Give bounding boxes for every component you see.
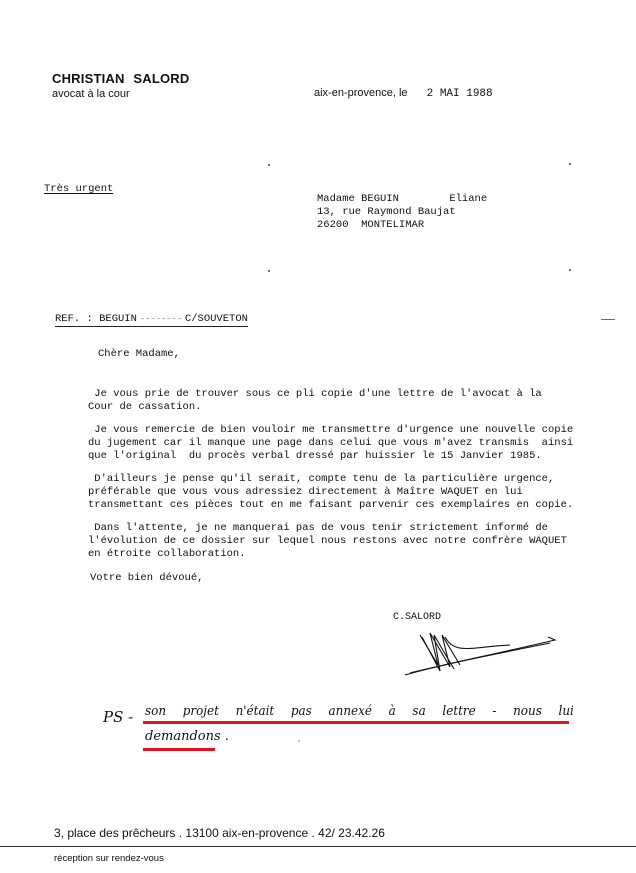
recipient-street: 13, rue Raymond Baujat	[317, 206, 456, 218]
red-underline-annotation	[143, 721, 569, 724]
recipient-city: 26200 MONTELIMAR	[317, 219, 424, 231]
signer-name: C.SALORD	[393, 612, 441, 623]
handwritten-signature	[400, 625, 560, 680]
place-and-date: aix-en-provence, le 2 MAI 1988	[314, 87, 493, 100]
place-label: aix-en-provence, le	[314, 87, 408, 99]
red-underline-annotation	[143, 748, 215, 751]
footer-address: 3, place des prêcheurs . 13100 aix-en-pr…	[54, 826, 385, 840]
postscript-text: son projet n'était pas annexé à sa lettr…	[145, 704, 574, 719]
footer-divider	[0, 846, 636, 847]
postscript-label: PS -	[103, 708, 133, 726]
letter-date: 2 MAI 1988	[427, 88, 493, 100]
footer-note: réception sur rendez-vous	[54, 853, 164, 864]
reference-prefix: REF. : BEGUIN	[55, 313, 137, 325]
salutation: Chère Madame,	[98, 348, 180, 360]
sender-title: avocat à la cour	[52, 88, 130, 100]
window-mark-dot	[569, 269, 571, 271]
reference-line: REF. : BEGUINC/SOUVETON	[55, 313, 248, 327]
reference-suffix: C/SOUVETON	[185, 313, 248, 325]
body-paragraph: D'ailleurs je pense qu'il serait, compte…	[88, 473, 588, 512]
window-mark-dot	[268, 164, 270, 166]
window-mark-dot	[569, 163, 571, 165]
margin-fold-mark	[601, 319, 615, 320]
body-paragraph: Dans l'attente, je ne manquerai pas de v…	[88, 522, 588, 561]
sender-name: CHRISTIAN SALORD	[52, 71, 189, 86]
body-paragraph: Je vous remercie de bien vouloir me tran…	[88, 424, 588, 463]
postscript-text: demandons .	[145, 729, 229, 744]
body-paragraph: Je vous prie de trouver sous ce pli copi…	[88, 388, 588, 414]
urgency-label: Très urgent	[44, 183, 113, 195]
window-mark-dot	[268, 270, 270, 272]
closing-line: Votre bien dévoué,	[90, 572, 203, 584]
recipient-name: Madame BEGUIN Eliane	[317, 193, 487, 205]
speck-mark	[298, 740, 300, 742]
reference-redaction	[141, 317, 181, 319]
